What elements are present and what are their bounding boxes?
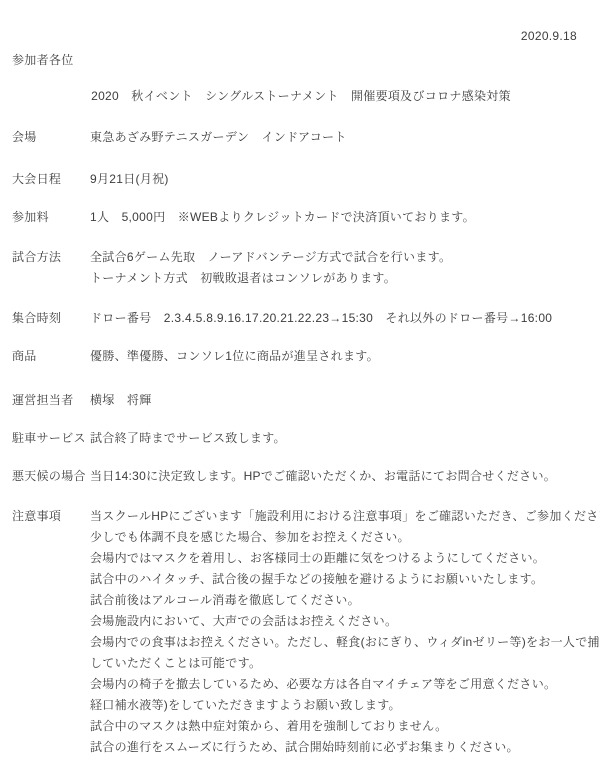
document-title: 2020 秋イベント シングルストーナメント 開催要項及びコロナ感染対策 [12, 86, 590, 107]
row-notes-line: 会場内ではマスクを着用し、お客様同士の距離に気をつけるようにしてください。 [90, 548, 590, 569]
row-meeting-time-label: 集合時刻 [12, 308, 90, 329]
row-bad-weather: 悪天候の場合 当日14:30に決定致します。HPでご確認いただくか、お電話にてお… [12, 466, 590, 487]
row-parking: 駐車サービス 試合終了時までサービス致します。 [12, 428, 590, 449]
row-prizes: 商品 優勝、準優勝、コンソレ1位に商品が進呈されます。 [12, 346, 590, 367]
row-match-format-label: 試合方法 [12, 247, 90, 268]
row-notes-line: 試合の進行をスムーズに行うため、試合開始時刻前に必ずお集まりください。 [90, 737, 590, 758]
row-notes-line: 試合中のハイタッチ、試合後の握手などの接触を避けるようにお願いいたします。 [90, 569, 590, 590]
row-parking-label: 駐車サービス [12, 428, 90, 449]
row-prizes-label: 商品 [12, 346, 90, 367]
row-manager: 運営担当者 横塚 将輝 [12, 390, 590, 411]
row-notes-line: 当スクールHPにございます「施設利用における注意事項」をご確認いただき、ご参加く… [90, 506, 590, 527]
row-meeting-time-value: ドロー番号 2.3.4.5.8.9.16.17.20.21.22.23→15:3… [90, 308, 590, 329]
row-notes-line: 経口補水液等)をしていただきますようお願い致します。 [90, 695, 590, 716]
row-notes-line: 試合前後はアルコール消毒を徹底してください。 [90, 590, 590, 611]
row-prizes-value: 優勝、準優勝、コンソレ1位に商品が進呈されます。 [90, 346, 590, 367]
document-page: 2020.9.18 参加者各位 2020 秋イベント シングルストーナメント 開… [0, 0, 600, 784]
row-schedule-value: 9月21日(月祝) [90, 169, 590, 190]
row-fee-label: 参加料 [12, 207, 90, 228]
row-manager-value: 横塚 将輝 [90, 390, 590, 411]
row-fee-value: 1人 5,000円 ※WEBよりクレジットカードで決済頂いております。 [90, 207, 590, 228]
row-notes: 注意事項 当スクールHPにございます「施設利用における注意事項」をご確認いただき… [12, 506, 590, 758]
row-bad-weather-value: 当日14:30に決定致します。HPでご確認いただくか、お電話にてお問合せください… [90, 466, 590, 487]
row-venue: 会場 東急あざみ野テニスガーデン インドアコート [12, 127, 590, 148]
row-match-format-line: 全試合6ゲーム先取 ノーアドバンテージ方式で試合を行います。 [90, 247, 590, 268]
row-notes-label: 注意事項 [12, 506, 90, 527]
row-notes-line: 会場内での食事はお控えください。ただし、軽食(おにぎり、ウィダinゼリー等)をお… [90, 632, 590, 653]
row-bad-weather-label: 悪天候の場合 [12, 466, 90, 487]
row-schedule: 大会日程 9月21日(月祝) [12, 169, 590, 190]
row-match-format-line: トーナメント方式 初戦敗退者はコンソレがあります。 [90, 268, 590, 289]
row-venue-value: 東急あざみ野テニスガーデン インドアコート [90, 127, 590, 148]
document-date: 2020.9.18 [12, 26, 590, 47]
row-notes-line: 会場施設内において、大声での会話はお控えください。 [90, 611, 590, 632]
row-notes-line: 会場内の椅子を撤去しているため、必要な方は各自マイチェア等をご用意ください。 [90, 674, 590, 695]
row-notes-line: 少しでも体調不良を感じた場合、参加をお控えください。 [90, 527, 590, 548]
row-parking-value: 試合終了時までサービス致します。 [90, 428, 590, 449]
row-match-format: 試合方法 全試合6ゲーム先取 ノーアドバンテージ方式で試合を行います。 トーナメ… [12, 247, 590, 289]
row-notes-line: 試合中のマスクは熱中症対策から、着用を強制しておりません。 [90, 716, 590, 737]
row-manager-label: 運営担当者 [12, 390, 90, 411]
row-fee: 参加料 1人 5,000円 ※WEBよりクレジットカードで決済頂いております。 [12, 207, 590, 228]
row-notes-line: していただくことは可能です。 [90, 653, 590, 674]
salutation: 参加者各位 [12, 50, 590, 71]
row-venue-label: 会場 [12, 127, 90, 148]
row-meeting-time: 集合時刻 ドロー番号 2.3.4.5.8.9.16.17.20.21.22.23… [12, 308, 590, 329]
row-schedule-label: 大会日程 [12, 169, 90, 190]
